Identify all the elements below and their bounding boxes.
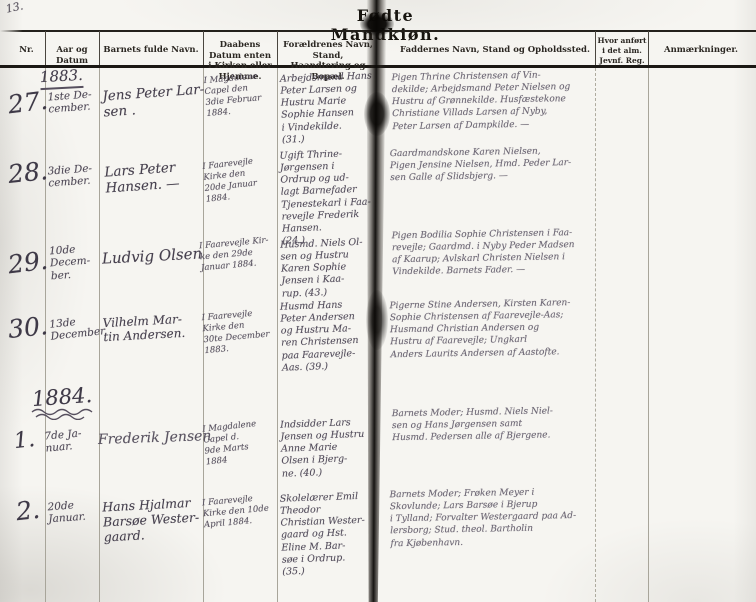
entry-godparents: Pigen Bodilia Sophie Christensen i Faa- … xyxy=(392,226,648,279)
col-header-name: Barnets fulde Navn. xyxy=(99,45,203,56)
entry-parents: Husmd. Niels Ol- sen og Hustru Karen Sop… xyxy=(280,236,378,300)
column-divider xyxy=(648,31,649,65)
column-divider xyxy=(45,31,46,65)
entry-parents: Arbejdsmand Hans Peter Larsen og Hustru … xyxy=(280,70,378,146)
entry-godparents: Barnets Moder; Frøken Meyer i Skovlunde;… xyxy=(389,485,645,550)
column-divider xyxy=(203,31,204,65)
page-number-note: 13. xyxy=(5,0,25,16)
entry-date: 3die De- cember. xyxy=(47,162,93,190)
page-title: Fødte Mandkiøn. xyxy=(303,6,468,44)
col-header-date: Aar og Datum xyxy=(45,45,99,66)
col-header-remarks: Anmærkninger. xyxy=(648,45,754,56)
entry-parents: Husmd Hans Peter Andersen og Hustru Ma- … xyxy=(280,298,378,374)
entry-baptism: I Faarevejle Kirke den 10de April 1884. xyxy=(202,492,281,532)
entry-baptism: I Faarevejle Kirke den 20de Januar 1884. xyxy=(202,154,280,206)
entry-parents: Skolelærer Emil Theodor Christian Wester… xyxy=(280,490,379,578)
column-line xyxy=(648,68,649,602)
entry-nr: 1. xyxy=(13,429,36,453)
entry-parents: Indsidder Lars Jensen og Hustru Anne Mar… xyxy=(280,416,378,480)
entry-nr: 27. xyxy=(7,88,50,118)
column-divider xyxy=(595,31,596,65)
header-bottom-rule xyxy=(0,65,756,68)
entry-godparents: Pigerne Stine Andersen, Kirsten Karen- S… xyxy=(389,296,645,361)
entry-godparents: Pigen Thrine Christensen af Vin- dekilde… xyxy=(391,68,642,133)
entry-nr: 2. xyxy=(15,497,41,524)
entry-date: 13de December xyxy=(49,313,106,343)
entry-parents: Ugift Thrine- Jørgensen i Ordrup og ud- … xyxy=(279,147,378,248)
top-rule xyxy=(0,30,756,32)
register-page: 13. Fødte Mandkiøn. Nr. Aar og Datum Bar… xyxy=(0,0,756,602)
entry-date: 20de Januar. xyxy=(47,499,86,526)
entry-name: Lars Peter Hansen. — xyxy=(104,160,180,197)
entry-date: 1ste De- cember. xyxy=(47,88,93,116)
entry-name: Frederik Jensen xyxy=(98,428,212,448)
entry-name: Jens Peter Lar- sen . xyxy=(102,82,206,121)
col-header-register: Hvor anført i det alm. Jevnf. Reg. xyxy=(596,36,648,65)
entry-nr: 29. xyxy=(7,248,50,278)
entry-date: 10de Decem- ber. xyxy=(49,243,92,283)
entry-nr: 28. xyxy=(7,158,49,187)
entry-name: Vilhelm Mar- tin Andersen. xyxy=(102,312,185,345)
entry-nr: 30. xyxy=(7,313,49,342)
entry-baptism: I Magdalene Capel d. 9de Marts 1884 xyxy=(202,417,276,468)
col-header-godparents: Faddernes Navn, Stand og Opholdssted. xyxy=(396,45,594,56)
entry-baptism: I Magdalene Capel den 3die Februar 1884. xyxy=(203,70,277,120)
entry-godparents: Gaardmandskone Karen Nielsen, Pigen Jens… xyxy=(390,144,641,185)
entry-name: Ludvig Olsen xyxy=(102,245,203,268)
column-divider xyxy=(99,31,100,65)
entry-name: Hans Hjalmar Barsøe Wester- gaard. xyxy=(102,496,200,545)
year-flourish xyxy=(30,408,96,420)
entry-baptism: I Faarevejle Kir- ke den 29de Januar 188… xyxy=(199,235,280,275)
entry-date: 7de Ja- nuar. xyxy=(44,427,83,455)
entry-godparents: Barnets Moder; Husmd. Niels Niel- sen og… xyxy=(392,404,643,445)
entry-baptism: I Faarevejle Kirke den 30te December 188… xyxy=(201,307,279,357)
column-divider xyxy=(277,31,278,65)
col-header-nr: Nr. xyxy=(8,45,45,56)
